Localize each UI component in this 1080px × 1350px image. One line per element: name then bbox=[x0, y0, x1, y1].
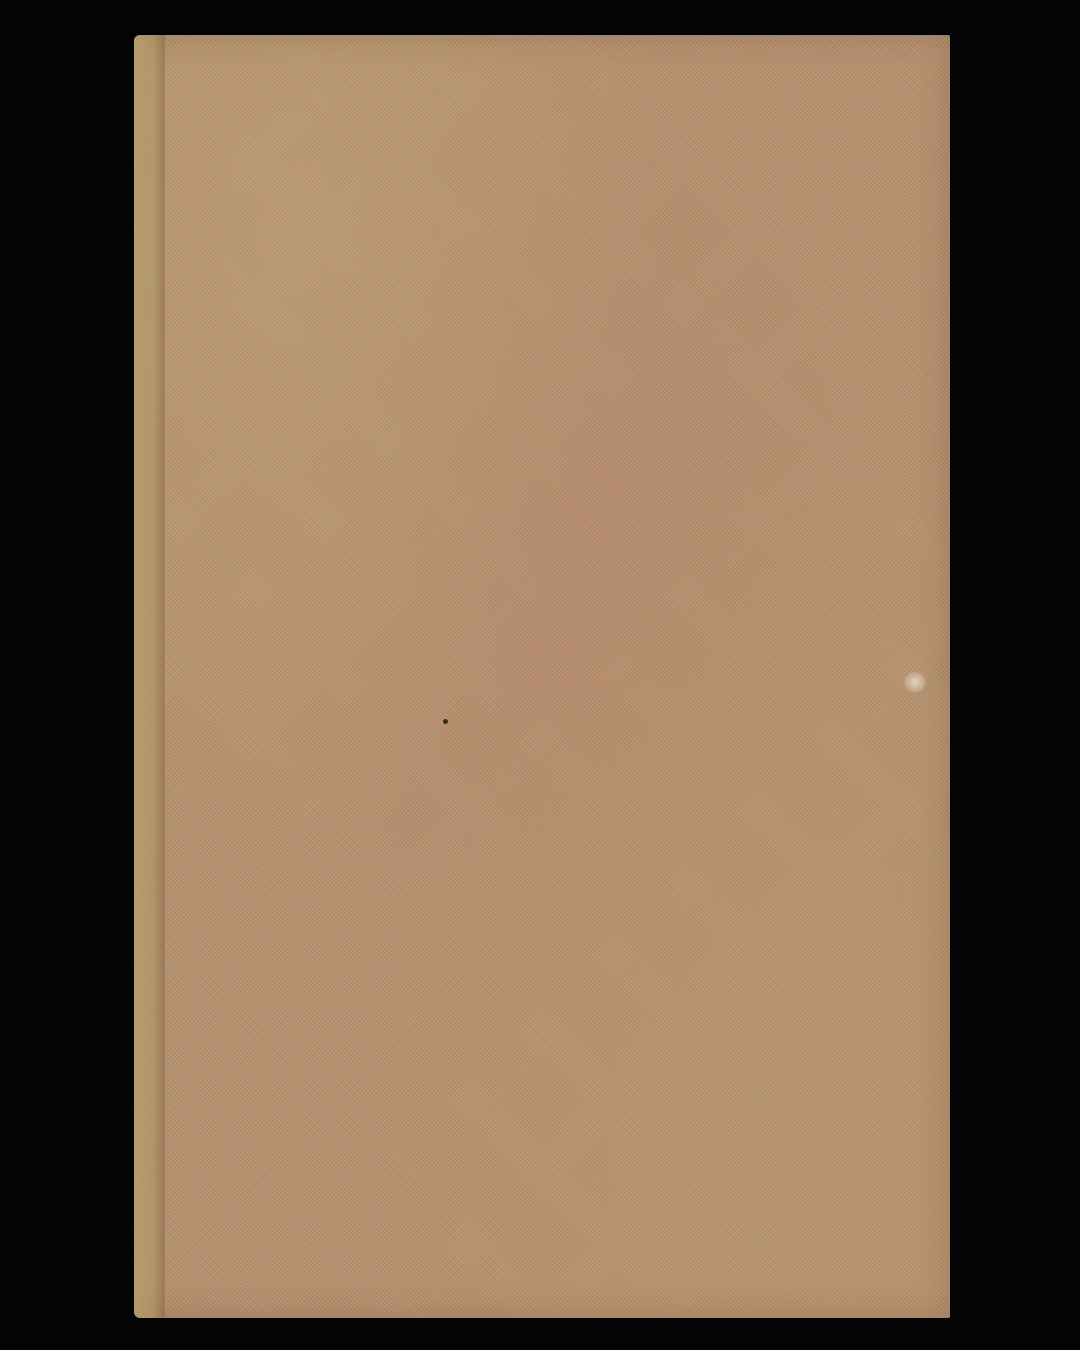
dark-speck bbox=[443, 719, 448, 724]
worn-spot bbox=[904, 672, 926, 692]
spine-edge bbox=[134, 35, 162, 1318]
hinge-line bbox=[162, 35, 165, 1318]
book-cover bbox=[134, 35, 950, 1318]
